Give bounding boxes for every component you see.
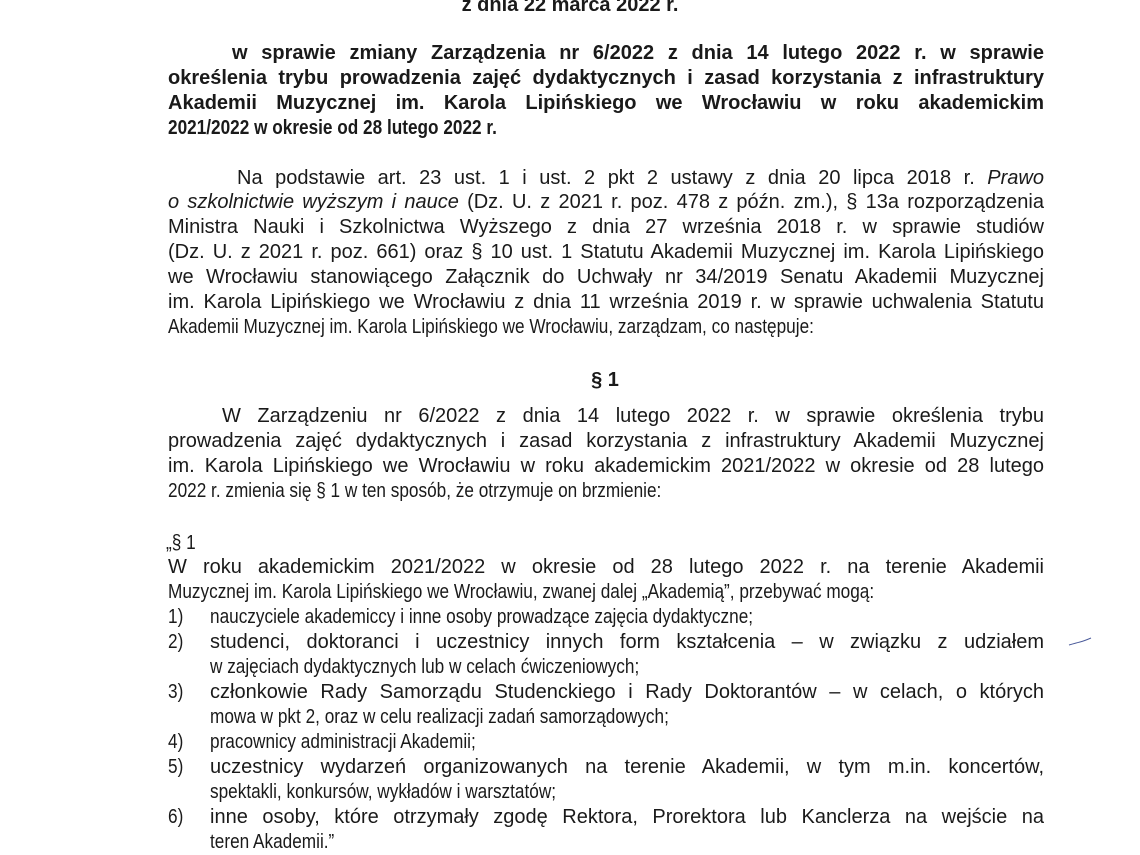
preamble-text: (Dz. U. z 2021 r. poz. 478 z późn. zm.),… (459, 191, 1044, 213)
list-number: 2) (168, 630, 183, 654)
preamble-italic: Prawo (987, 167, 1044, 189)
amendment-line-4: 2022 r. zmienia się § 1 w ten sposób, że… (168, 479, 661, 503)
list-item-1-line-1: nauczyciele akademiccy i inne osoby prow… (210, 605, 753, 629)
preamble-line-7: Akademii Muzycznej im. Karola Lipińskieg… (168, 315, 814, 339)
preamble-line-5: we Wrocławiu stanowiącego Załącznik do U… (168, 265, 1044, 289)
preamble-text: Na podstawie art. 23 ust. 1 i ust. 2 pkt… (237, 167, 987, 189)
amendment-line-2: prowadzenia zajęć dydaktycznych i zasad … (168, 429, 1044, 453)
subject-line-2: określenia trybu prowadzenia zajęć dydak… (168, 66, 1044, 90)
preamble-line-4: (Dz. U. z 2021 r. poz. 661) oraz § 10 us… (168, 240, 1044, 264)
list-item-6-line-2: teren Akademii.” (210, 830, 334, 854)
list-item-3-line-2: mowa w pkt 2, oraz w celu realizacji zad… (210, 705, 669, 729)
preamble-italic: o szkolnictwie wyższym i nauce (168, 191, 459, 213)
list-number: 3) (168, 680, 183, 704)
list-item-2-line-2: w zajęciach dydaktycznych lub w celach ć… (210, 655, 639, 679)
list-item-2-line-1: studenci, doktoranci i uczestnicy innych… (210, 630, 1044, 654)
quoted-intro-line-2: Muzycznej im. Karola Lipińskiego we Wroc… (168, 580, 874, 604)
subject-line-3: Akademii Muzycznej im. Karola Lipińskieg… (168, 91, 1044, 115)
list-number: 6) (168, 805, 183, 829)
section-heading: § 1 (0, 368, 1140, 392)
list-item-5-line-2: spektakli, konkursów, wykładów i warszta… (210, 780, 556, 804)
amendment-line-3: im. Karola Lipińskiego we Wrocławiu w ro… (168, 454, 1044, 478)
list-item-5-line-1: uczestnicy wydarzeń organizowanych na te… (210, 755, 1044, 779)
preamble-line-3: Ministra Nauki i Szkolnictwa Wyższego z … (168, 215, 1044, 239)
list-number: 5) (168, 755, 183, 779)
preamble-line-6: im. Karola Lipińskiego we Wrocławiu z dn… (168, 290, 1044, 314)
pen-mark-icon (1068, 637, 1092, 647)
subject-line-1: w sprawie zmiany Zarządzenia nr 6/2022 z… (232, 41, 1044, 65)
list-number: 4) (168, 730, 183, 754)
header-date: z dnia 22 marca 2022 r. (0, 0, 1140, 17)
preamble-line-1: Na podstawie art. 23 ust. 1 i ust. 2 pkt… (237, 166, 1044, 190)
list-number: 1) (168, 605, 183, 629)
list-item-4-line-1: pracownicy administracji Akademii; (210, 730, 476, 754)
amendment-line-1: W Zarządzeniu nr 6/2022 z dnia 14 lutego… (222, 404, 1044, 428)
list-item-3-line-1: członkowie Rady Samorządu Studenckiego i… (210, 680, 1044, 704)
quoted-heading: „§ 1 (166, 531, 196, 555)
subject-line-4: 2021/2022 w okresie od 28 lutego 2022 r. (168, 116, 497, 140)
document-page: z dnia 22 marca 2022 r. w sprawie zmiany… (0, 0, 1140, 855)
quoted-intro-line-1: W roku akademickim 2021/2022 w okresie o… (168, 555, 1044, 579)
list-item-6-line-1: inne osoby, które otrzymały zgodę Rektor… (210, 805, 1044, 829)
preamble-line-2: o szkolnictwie wyższym i nauce (Dz. U. z… (168, 190, 1044, 214)
